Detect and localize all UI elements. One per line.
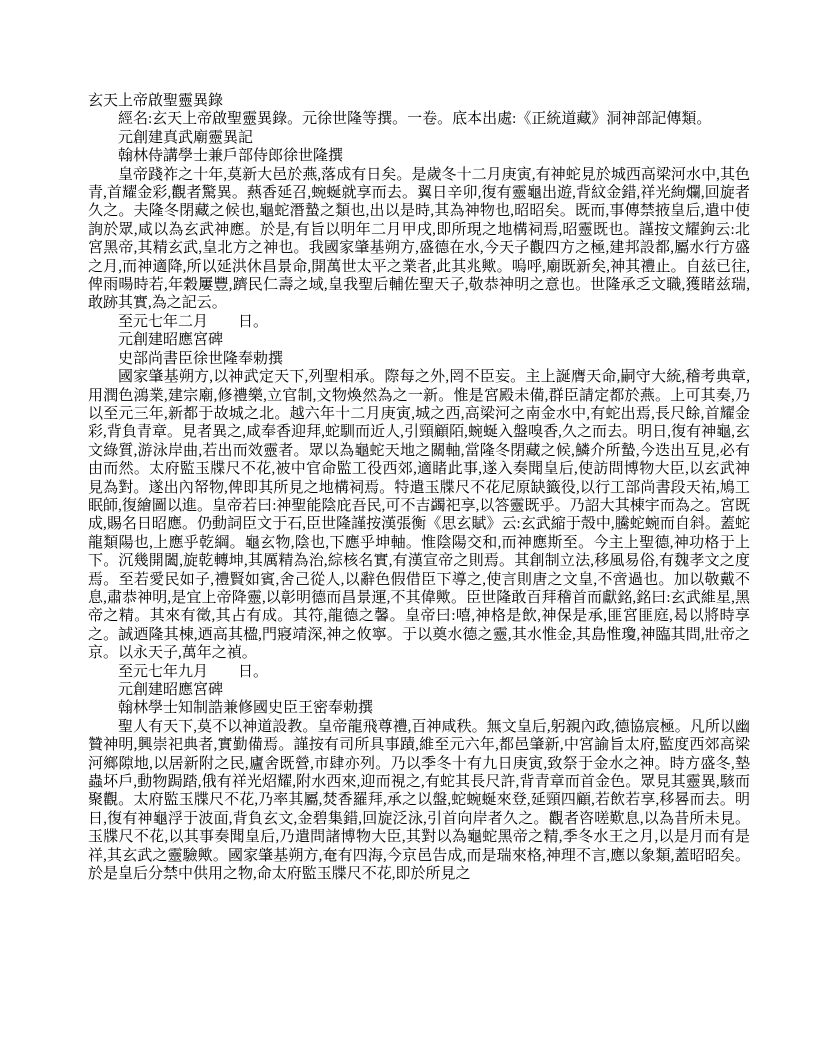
- paragraph: 元創建昭應宮碑: [88, 681, 750, 699]
- paragraph: 國家肇基朔方,以神武定天下,列聖相承。際每之外,罔不臣妄。主上誕膺天命,嗣守大統…: [88, 368, 750, 663]
- document-body: 玄天上帝啟聖靈異錄 經名:玄天上帝啟聖靈異錄。元徐世隆等撰。一卷。底本出處:《正…: [88, 92, 750, 883]
- paragraph: 元創建真武廟靈異記: [88, 129, 750, 147]
- paragraph: 元創建昭應宮碑: [88, 331, 750, 349]
- paragraph: 至元七年二月 日。: [88, 313, 750, 331]
- paragraph: 皇帝踐祚之十年,莫新大邑於燕,落成有日矣。是歲冬十二月庚寅,有神蛇見於城西高梁河…: [88, 166, 750, 313]
- document-title: 玄天上帝啟聖靈異錄: [88, 92, 750, 110]
- paragraph: 史部尚書臣徐世隆奉勅撰: [88, 350, 750, 368]
- paragraph: 聖人有天下,莫不以神道設教。皇帝龍飛尊禮,百神咸秩。無文皇后,躬親內政,德協宸極…: [88, 718, 750, 884]
- paragraph: 翰林學士知制誥兼修國史臣王密奉勅撰: [88, 699, 750, 717]
- paragraph: 翰林侍講學士兼戶部侍郎徐世隆撰: [88, 147, 750, 165]
- paragraph: 至元七年九月 日。: [88, 663, 750, 681]
- document-page: 玄天上帝啟聖靈異錄 經名:玄天上帝啟聖靈異錄。元徐世隆等撰。一卷。底本出處:《正…: [0, 0, 816, 1056]
- paragraph: 經名:玄天上帝啟聖靈異錄。元徐世隆等撰。一卷。底本出處:《正統道藏》洞神部記傳類…: [88, 110, 750, 128]
